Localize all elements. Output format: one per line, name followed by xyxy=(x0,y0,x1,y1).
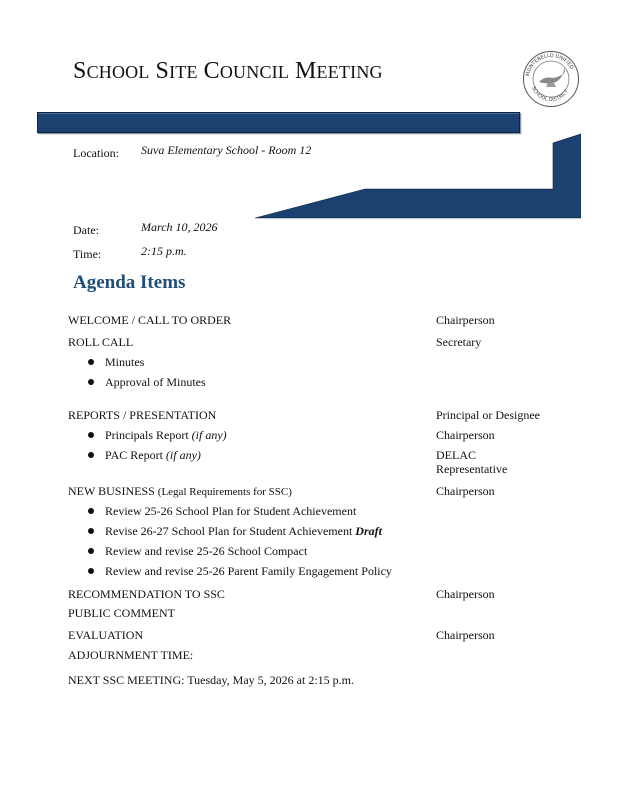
bullet-text: Revise 26-27 School Plan for Student Ach… xyxy=(105,524,352,538)
bullet-icon xyxy=(88,508,94,514)
agenda-item-adjournment: ADJOURNMENT TIME: xyxy=(68,648,193,663)
bullet-text: Review 25-26 School Plan for Student Ach… xyxy=(105,504,356,518)
agenda-item-recommendation: RECOMMENDATION TO SSC xyxy=(68,587,225,602)
bullet-text: Principals Report xyxy=(105,428,189,442)
bullet-text: Approval of Minutes xyxy=(105,375,206,389)
bullet-icon xyxy=(88,452,94,458)
agenda-heading: Agenda Items xyxy=(73,272,185,294)
bullet-note: (if any) xyxy=(166,448,201,462)
location-label: Location: xyxy=(73,146,119,161)
agenda-role: Chairperson xyxy=(436,428,495,442)
agenda-item-public-comment: PUBLIC COMMENT xyxy=(68,606,175,621)
bullet-icon xyxy=(88,359,94,365)
title-word: SCHOOL xyxy=(73,58,150,83)
agenda-role: Principal or Designee xyxy=(436,408,540,422)
bullet-note: (if any) xyxy=(192,428,227,442)
agenda-bullet: Principals Report (if any) xyxy=(88,428,227,443)
bullet-text: Minutes xyxy=(105,355,144,369)
title-word: SITE xyxy=(156,58,198,83)
header-bar xyxy=(37,112,520,133)
role-line: Representative xyxy=(436,462,507,476)
agenda-item-new-business: NEW BUSINESS (Legal Requirements for SSC… xyxy=(68,484,292,499)
district-seal-logo: MONTEBELLO UNIFIED SCHOOL DISTRICT xyxy=(522,50,580,108)
bullet-text: PAC Report xyxy=(105,448,163,462)
agenda-bullet: Revise 26-27 School Plan for Student Ach… xyxy=(88,524,382,539)
item-suffix: (Legal Requirements for SSC) xyxy=(158,486,292,498)
bullet-icon xyxy=(88,548,94,554)
agenda-role: Chairperson xyxy=(436,587,495,601)
time-label: Time: xyxy=(73,247,101,262)
agenda-role: Chairperson xyxy=(436,628,495,642)
title-word: COUNCIL xyxy=(204,58,289,83)
role-line: DELAC xyxy=(436,448,507,462)
agenda-bullet: Review and revise 25-26 Parent Family En… xyxy=(88,564,392,579)
item-text: NEW BUSINESS xyxy=(68,484,155,498)
agenda-item-reports: REPORTS / PRESENTATION xyxy=(68,408,216,423)
agenda-bullet: Review and revise 25-26 School Compact xyxy=(88,544,307,559)
page-title: SCHOOL SITE COUNCIL MEETING xyxy=(73,58,383,85)
agenda-bullet: Approval of Minutes xyxy=(88,375,206,390)
date-label: Date: xyxy=(73,223,99,238)
agenda-item-welcome: WELCOME / CALL TO ORDER xyxy=(68,313,231,328)
draft-emphasis: Draft xyxy=(355,524,382,538)
agenda-bullet: Review 25-26 School Plan for Student Ach… xyxy=(88,504,356,519)
bullet-icon xyxy=(88,568,94,574)
bullet-icon xyxy=(88,432,94,438)
bullet-icon xyxy=(88,528,94,534)
agenda-role: Secretary xyxy=(436,335,481,349)
agenda-item-roll-call: ROLL CALL xyxy=(68,335,133,350)
bullet-icon xyxy=(88,379,94,385)
agenda-bullet: Minutes xyxy=(88,355,144,370)
time-value: 2:15 p.m. xyxy=(141,244,187,259)
date-value: March 10, 2026 xyxy=(141,220,218,235)
bullet-text: Review and revise 25-26 School Compact xyxy=(105,544,307,558)
location-value: Suva Elementary School - Room 12 xyxy=(141,143,311,158)
agenda-role: DELACRepresentative xyxy=(436,448,507,476)
bullet-text: Review and revise 25-26 Parent Family En… xyxy=(105,564,392,578)
title-word: MEETING xyxy=(295,58,383,83)
agenda-role: Chairperson xyxy=(436,313,495,327)
agenda-item-evaluation: EVALUATION xyxy=(68,628,143,643)
next-meeting: NEXT SSC MEETING: Tuesday, May 5, 2026 a… xyxy=(68,673,354,688)
agenda-bullet: PAC Report (if any) xyxy=(88,448,201,463)
agenda-role: Chairperson xyxy=(436,484,495,498)
